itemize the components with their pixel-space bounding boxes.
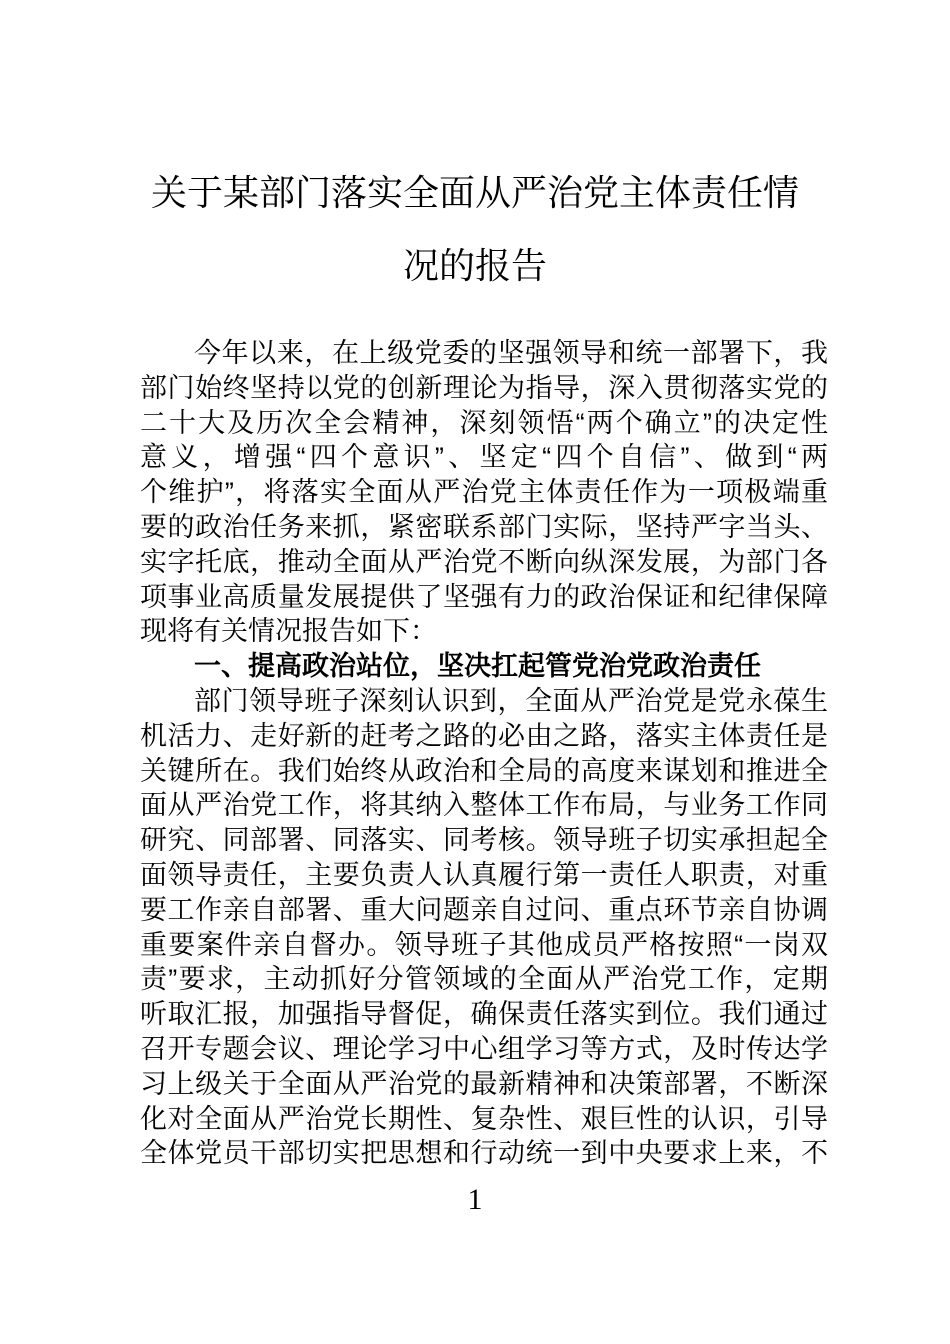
body-line: 现将有关情况报告如下： (140, 614, 828, 649)
body-line: 实字托底，推动全面从严治党不断向纵深发展，为部门各 (140, 545, 828, 580)
body-line: 关键所在。我们始终从政治和全局的高度来谋划和推进全 (140, 754, 828, 789)
document-title: 关于某部门落实全面从严治党主体责任情 况的报告 (0, 156, 950, 302)
body-line: 责”要求，主动抓好分管领域的全面从严治党工作，定期 (140, 962, 828, 997)
page-number: 1 (0, 1185, 950, 1215)
body-line: 召开专题会议、理论学习中心组学习等方式，及时传达学 (140, 1032, 828, 1067)
body-line: 二十大及历次全会精神，深刻领悟“两个确立”的决定性 (140, 406, 828, 441)
title-line-1: 关于某部门落实全面从严治党主体责任情 (0, 156, 950, 229)
body-line: 要的政治任务来抓，紧密联系部门实际，坚持严字当头、 (140, 510, 828, 545)
body-line: 研究、同部署、同落实、同考核。领导班子切实承担起全 (140, 823, 828, 858)
body-line: 项事业高质量发展提供了坚强有力的政治保证和纪律保障 (140, 580, 828, 615)
body-line: 面领导责任，主要负责人认真履行第一责任人职责，对重 (140, 858, 828, 893)
body-line: 今年以来，在上级党委的坚强领导和统一部署下，我 (140, 336, 828, 371)
body-line: 机活力、走好新的赶考之路的必由之路，落实主体责任是 (140, 719, 828, 754)
body-line: 全体党员干部切实把思想和行动统一到中央要求上来，不 (140, 1136, 828, 1171)
body-line: 化对全面从严治党长期性、复杂性、艰巨性的认识，引导 (140, 1102, 828, 1137)
body-line: 要工作亲自部署、重大问题亲自过问、重点环节亲自协调 (140, 893, 828, 928)
section-heading: 一、提高政治站位，坚决扛起管党治党政治责任 (140, 649, 828, 684)
body-line: 部门始终坚持以党的创新理论为指导，深入贯彻落实党的 (140, 371, 828, 406)
body-line: 个维护”，将落实全面从严治党主体责任作为一项极端重 (140, 475, 828, 510)
body-line: 重要案件亲自督办。领导班子其他成员严格按照“一岗双 (140, 928, 828, 963)
document-body: 今年以来，在上级党委的坚强领导和统一部署下，我 部门始终坚持以党的创新理论为指导… (140, 336, 828, 1171)
title-line-2: 况的报告 (0, 229, 950, 302)
body-line: 意义，增强“四个意识”、坚定“四个自信”、做到“两 (140, 440, 828, 475)
body-line: 听取汇报，加强指导督促，确保责任落实到位。我们通过 (140, 997, 828, 1032)
document-page: 关于某部门落实全面从严治党主体责任情 况的报告 今年以来，在上级党委的坚强领导和… (0, 0, 950, 1344)
body-line: 面从严治党工作，将其纳入整体工作布局，与业务工作同 (140, 788, 828, 823)
body-line: 习上级关于全面从严治党的最新精神和决策部署，不断深 (140, 1067, 828, 1102)
body-line: 部门领导班子深刻认识到，全面从严治党是党永葆生 (140, 684, 828, 719)
